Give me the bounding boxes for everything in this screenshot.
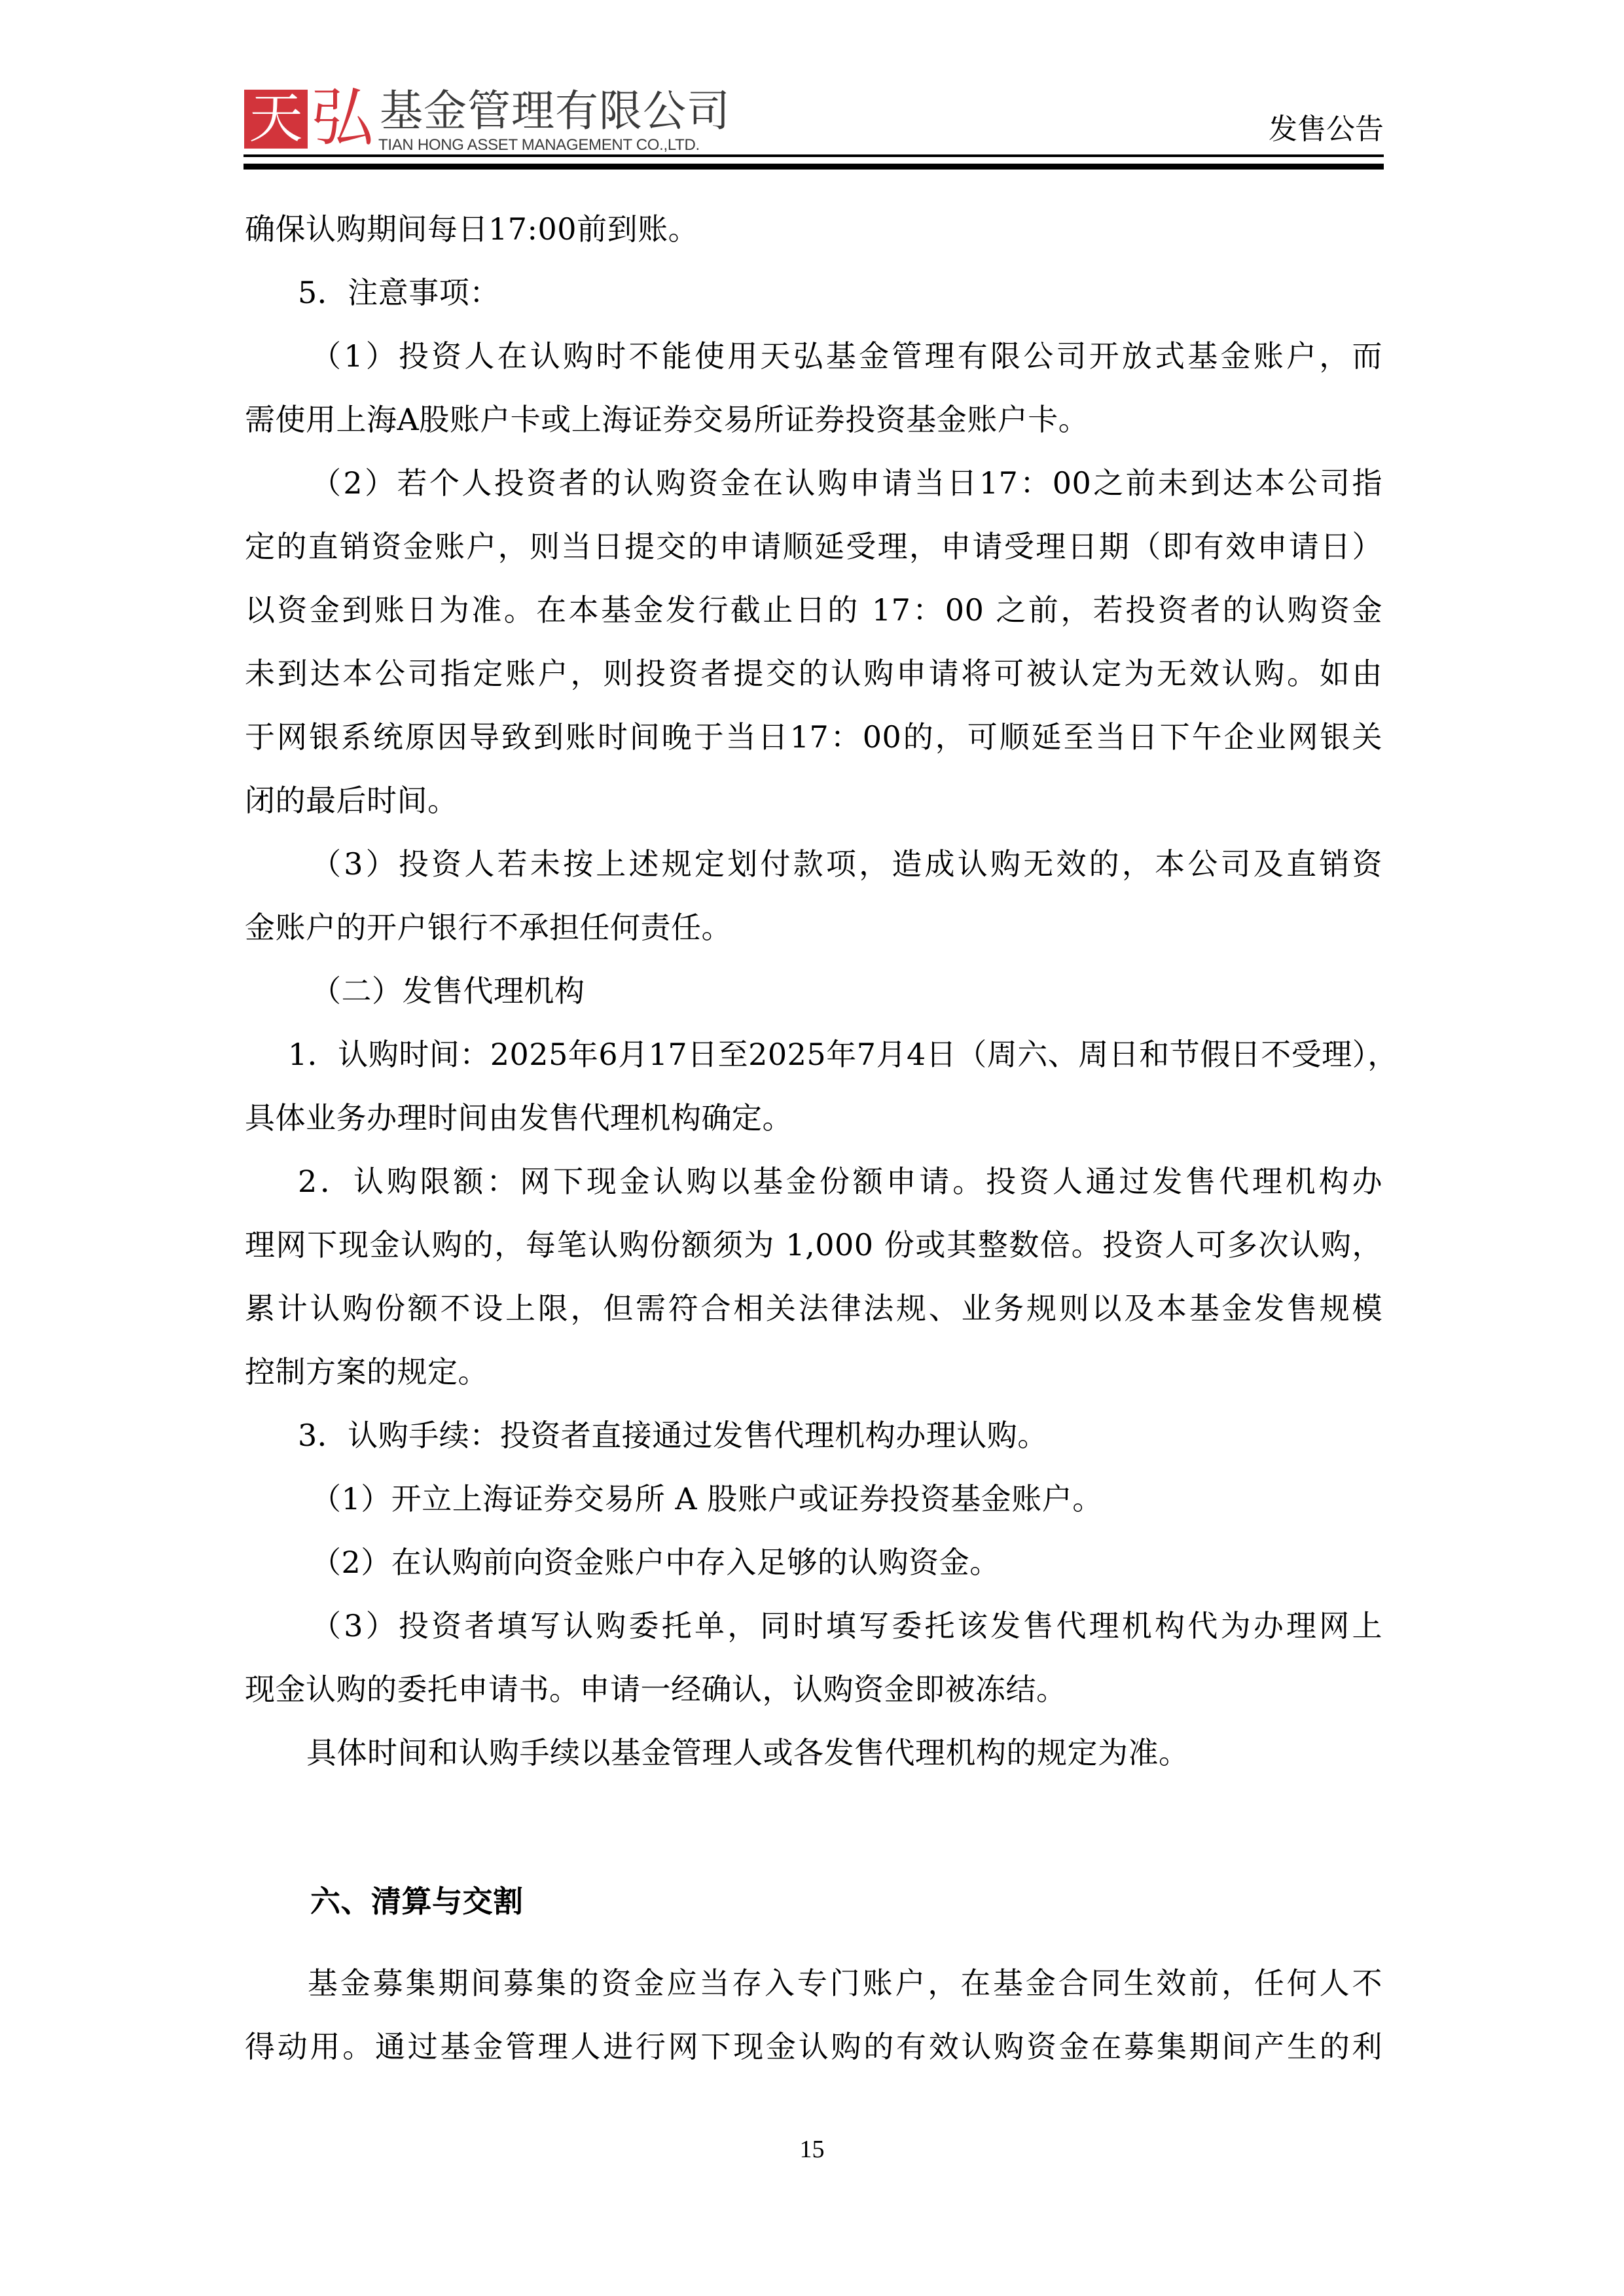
body-line: （1）投资人在认购时不能使用天弘基金管理有限公司开放式基金账户，而 — [311, 336, 1382, 376]
body-line: 于网银系统原因导致到账时间晚于当日17：00的，可顺延至当日下午企业网银关 — [245, 717, 1382, 757]
body-line: 得动用。通过基金管理人进行网下现金认购的有效认购资金在募集期间产生的利 — [245, 2027, 1382, 2066]
header-rule-thin — [244, 154, 1384, 157]
page-header: 天 弘 基金管理有限公司 TIAN HONG ASSET MANAGEMENT … — [244, 79, 1384, 177]
body-line: 5．注意事项： — [298, 273, 1435, 312]
section-heading: 六、清算与交割 — [310, 1882, 1448, 1921]
body-line: （2）若个人投资者的认购资金在认购申请当日17：00之前未到达本公司指 — [311, 463, 1382, 503]
header-rule-thick — [244, 164, 1384, 170]
body-line: 确保认购期间每日17:00前到账。 — [245, 209, 1382, 249]
body-line: 闭的最后时间。 — [245, 781, 1382, 820]
body-line: 累计认购份额不设上限，但需符合相关法律法规、业务规则以及本基金发售规模 — [245, 1289, 1382, 1328]
body-line: 需使用上海A股账户卡或上海证券交易所证券投资基金账户卡。 — [245, 400, 1382, 439]
body-line: （3）投资者填写认购委托单，同时填写委托该发售代理机构代为办理网上 — [311, 1606, 1382, 1645]
body-line: 以资金到账日为准。在本基金发行截止日的 17：00 之前，若投资者的认购资金 — [245, 590, 1382, 630]
body-line: 2．认购限额：网下现金认购以基金份额申请。投资人通过发售代理机构办 — [298, 1162, 1382, 1201]
company-name-en: TIAN HONG ASSET MANAGEMENT CO.,LTD. — [378, 136, 700, 154]
logo-mark-tian: 天 — [244, 90, 308, 149]
body-line: 基金募集期间募集的资金应当存入专门账户，在基金合同生效前，任何人不 — [308, 1964, 1382, 2003]
body-line: 控制方案的规定。 — [245, 1352, 1382, 1391]
body-line: 定的直销资金账户，则当日提交的申请顺延受理，申请受理日期（即有效申请日） — [245, 527, 1382, 566]
body-line: 具体业务办理时间由发售代理机构确定。 — [245, 1098, 1382, 1138]
body-line: 现金认购的委托申请书。申请一经确认，认购资金即被冻结。 — [245, 1670, 1382, 1709]
logo-mark-box: 天 — [244, 90, 308, 149]
body-line: 1．认购时间：2025年6月17日至2025年7月4日（周六、周日和节假日不受理… — [288, 1035, 1382, 1074]
company-name-cn: 基金管理有限公司 — [380, 85, 731, 137]
body-line: 理网下现金认购的，每笔认购份额须为 1,000 份或其整数倍。投资人可多次认购， — [245, 1225, 1382, 1265]
body-line: 未到达本公司指定账户，则投资者提交的认购申请将可被认定为无效认购。如由 — [245, 654, 1382, 693]
body-line: （2）在认购前向资金账户中存入足够的认购资金。 — [311, 1543, 1449, 1582]
body-line: 3．认购手续：投资者直接通过发售代理机构办理认购。 — [298, 1416, 1435, 1455]
body-line: 金账户的开户银行不承担任何责任。 — [245, 908, 1382, 947]
body-line: （1）开立上海证券交易所 A 股账户或证券投资基金账户。 — [311, 1479, 1449, 1518]
logo-mark-hong: 弘 — [311, 85, 374, 151]
page-number: 15 — [0, 2135, 1624, 2164]
body-line: 具体时间和认购手续以基金管理人或各发售代理机构的规定为准。 — [306, 1733, 1444, 1772]
document-type: 发售公告 — [1269, 113, 1384, 146]
body-line: （3）投资人若未按上述规定划付款项，造成认购无效的，本公司及直销资 — [311, 844, 1382, 884]
subsection-heading: （二）发售代理机构 — [311, 971, 1449, 1011]
